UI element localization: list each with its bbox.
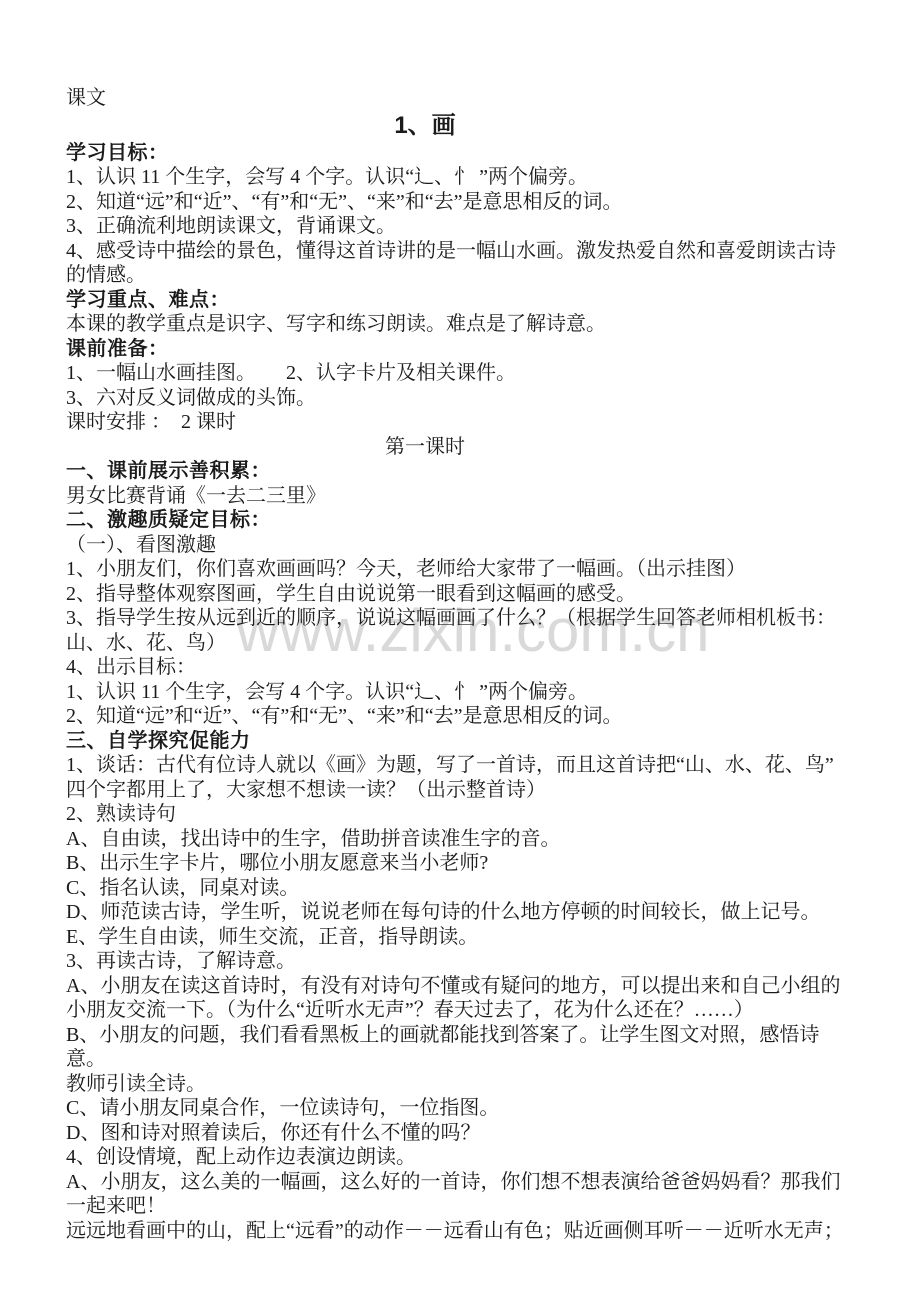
text-line: 1、谈话：古代有位诗人就以《画》为题，写了一首诗，而且这首诗把“山、水、花、鸟” xyxy=(66,753,858,778)
section-heading: 三、自学探究促能力 xyxy=(66,729,858,754)
text-line: 2、知道“远”和“近”、“有”和“无”、“来”和“去”是意思相反的词。 xyxy=(66,704,858,729)
section-heading: 学习重点、难点： xyxy=(66,288,858,313)
text-line: 的情感。 xyxy=(66,263,858,288)
text-line: 课时安排 ： 2 课时 xyxy=(66,410,858,435)
text-line: B、出示生字卡片，哪位小朋友愿意来当小老师? xyxy=(66,851,858,876)
text-line: 4、感受诗中描绘的景色，懂得这首诗讲的是一幅山水画。激发热爱自然和喜爱朗读古诗 xyxy=(66,239,858,264)
text-line: 男女比赛背诵《一去二三里》 xyxy=(66,484,858,509)
text-line: 3、再读古诗，了解诗意。 xyxy=(66,949,858,974)
text-line: 一起来吧！ xyxy=(66,1194,858,1219)
text-line: 2、熟读诗句 xyxy=(66,802,858,827)
text-line: D、图和诗对照着读后，你还有什么不懂的吗？ xyxy=(66,1121,858,1146)
document-body: 课文1、画学习目标：1、认识 11 个生字，会写 4 个字。认识“辶、忄 ”两个… xyxy=(0,0,920,1243)
text-line: 3、六对反义词做成的头饰。 xyxy=(66,386,858,411)
text-line: 四个字都用上了，大家想不想读一读？（出示整首诗） xyxy=(66,778,858,803)
text-line: 1、一幅山水画挂图。 2、认字卡片及相关课件。 xyxy=(66,361,858,386)
text-line: 3、指导学生按从远到近的顺序，说说这幅画画了什么？（根据学生回答老师相机板书： xyxy=(66,606,858,631)
text-line: 教师引读全诗。 xyxy=(66,1072,858,1097)
text-line: A、小朋友在读这首诗时，有没有对诗句不懂或有疑问的地方，可以提出来和自己小组的 xyxy=(66,974,858,999)
text-line: C、指名认读，同桌对读。 xyxy=(66,876,858,901)
text-line: 远远地看画中的山，配上“远看”的动作－－远看山有色；贴近画侧耳听－－近听水无声； xyxy=(66,1219,858,1244)
section-heading: 学习目标： xyxy=(66,141,858,166)
text-line: 2、指导整体观察图画，学生自由说说第一眼看到这幅画的感受。 xyxy=(66,582,858,607)
text-line: 小朋友交流一下。（为什么“近听水无声”？春天过去了，花为什么还在？……） xyxy=(66,998,858,1023)
text-line: 1、认识 11 个生字，会写 4 个字。认识“辶、忄 ”两个偏旁。 xyxy=(66,680,858,705)
text-line: A、自由读，找出诗中的生字，借助拼音读准生字的音。 xyxy=(66,827,858,852)
text-line: 2、知道“远”和“近”、“有”和“无”、“来”和“去”是意思相反的词。 xyxy=(66,190,858,215)
doc-title: 1、画 xyxy=(66,111,858,141)
section-heading: 课前准备： xyxy=(66,337,858,362)
text-line: 本课的教学重点是识字、写字和练习朗读。难点是了解诗意。 xyxy=(66,312,858,337)
text-line: 4、创设情境，配上动作边表演边朗读。 xyxy=(66,1145,858,1170)
text-line: A、小朋友，这么美的一幅画，这么好的一首诗，你们想不想表演给爸爸妈妈看？那我们 xyxy=(66,1170,858,1195)
text-line: D、师范读古诗，学生听，说说老师在每句诗的什么地方停顿的时间较长，做上记号。 xyxy=(66,900,858,925)
text-line: C、请小朋友同桌合作，一位读诗句，一位指图。 xyxy=(66,1096,858,1121)
text-line: 1、认识 11 个生字，会写 4 个字。认识“辶、忄 ”两个偏旁。 xyxy=(66,165,858,190)
text-line: 4、出示目标： xyxy=(66,655,858,680)
section-heading: 二、激趣质疑定目标： xyxy=(66,508,858,533)
text-line: B、小朋友的问题，我们看看黑板上的画就都能找到答案了。让学生图文对照，感悟诗意。 xyxy=(66,1023,858,1072)
text-line: 1、小朋友们，你们喜欢画画吗？今天，老师给大家带了一幅画。（出示挂图） xyxy=(66,557,858,582)
text-line: （一）、看图激趣 xyxy=(66,533,858,558)
text-line: 3、正确流利地朗读课文，背诵课文。 xyxy=(66,214,858,239)
text-line: 山、水、花、鸟） xyxy=(66,631,858,656)
section-heading: 一、课前展示善积累： xyxy=(66,459,858,484)
document-page: www.zixin.com.cn 课文1、画学习目标：1、认识 11 个生字，会… xyxy=(0,0,920,1302)
text-line: 课文 xyxy=(66,86,858,111)
centered-line: 第一课时 xyxy=(66,435,858,460)
text-line: E、学生自由读，师生交流，正音，指导朗读。 xyxy=(66,925,858,950)
